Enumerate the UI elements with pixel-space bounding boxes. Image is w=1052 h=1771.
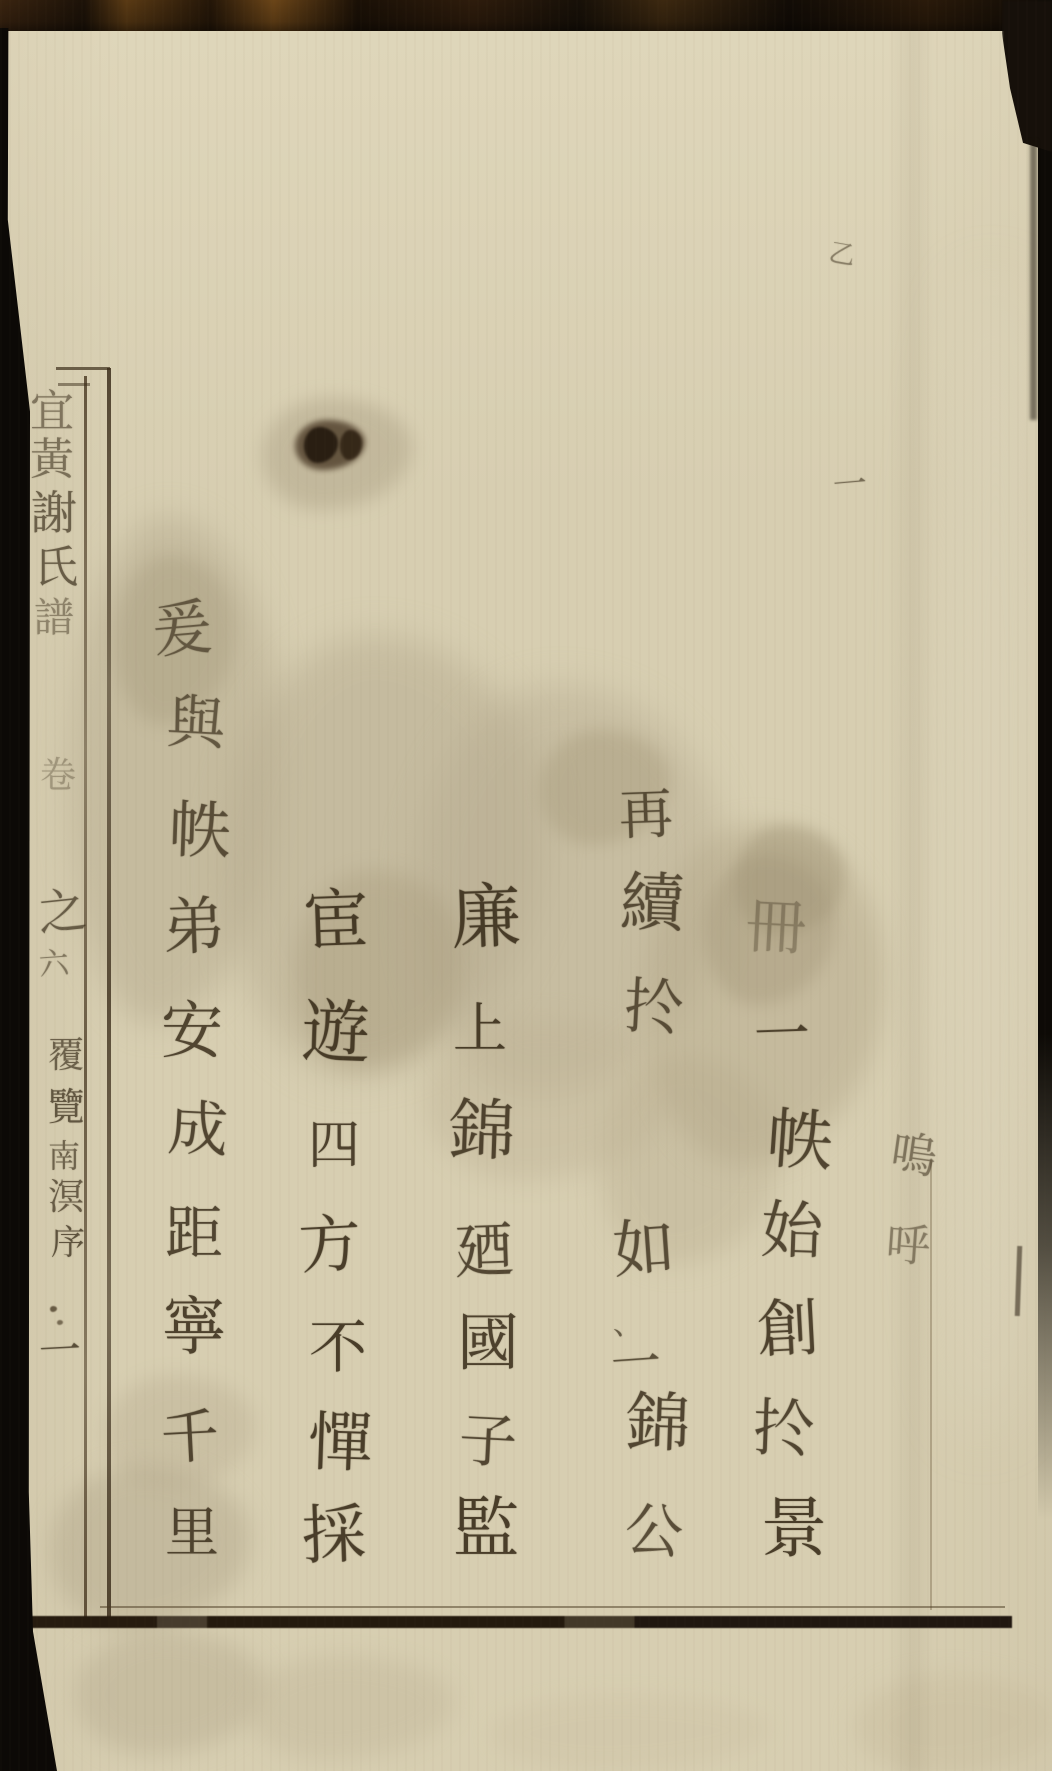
spine-annotation-glyph: 覽	[47, 1088, 85, 1126]
spine-title-glyph: 譜	[34, 598, 74, 638]
column-5-glyph: 寧	[162, 1296, 226, 1360]
spine-title-glyph: 宜	[30, 390, 74, 434]
column-3-glyph: 上	[453, 1002, 507, 1056]
column-1-glyph: 創	[755, 1296, 820, 1361]
column-5-glyph: 成	[166, 1098, 229, 1161]
column-1-glyph: 冊	[744, 896, 807, 959]
column-3-glyph: 國	[457, 1312, 519, 1374]
column-5-glyph: 千	[160, 1407, 221, 1468]
column-4-glyph: 不	[309, 1318, 367, 1376]
column-3-glyph: 子	[458, 1411, 519, 1472]
column-2-glyph: 續	[619, 871, 685, 937]
stray-dash-glyph: 一	[832, 467, 869, 504]
column-4-glyph: 宦	[302, 887, 370, 955]
column-3-glyph: 錦	[448, 1097, 516, 1165]
column-5-glyph: 弟	[162, 895, 226, 959]
column-5-glyph: 與	[166, 693, 227, 754]
spine-annotation-glyph: 溟	[48, 1180, 84, 1216]
column-2-glyph: 扵	[622, 976, 685, 1039]
column-5-glyph: 里	[165, 1506, 219, 1560]
stray-squiggle-glyph: 乙	[827, 240, 857, 270]
column-2-glyph: 如	[611, 1216, 677, 1282]
column-2-glyph: 公	[623, 1500, 686, 1563]
column-1-glyph: 帙	[765, 1106, 835, 1176]
scanned-page: 宜黃謝氏譜卷之六覆覽南溟序一冊一帙始創扵景再續扵如、一錦公廉上錦廼國子監宦遊四方…	[0, 0, 1052, 1771]
marginal-note-glyph: 嗚	[888, 1129, 940, 1181]
spine-volume-glyph: 六	[38, 949, 70, 981]
column-1-glyph: 景	[761, 1496, 827, 1562]
spine-title-glyph: 謝	[31, 490, 77, 536]
spine-annotation-glyph: 覆	[48, 1038, 84, 1074]
column-1-glyph: 一	[753, 1007, 811, 1065]
column-5-glyph: 安	[161, 1000, 223, 1062]
spine-title-glyph: 黃	[30, 438, 74, 482]
column-3-glyph: 監	[453, 1496, 519, 1562]
column-2-glyph: 一	[609, 1336, 662, 1389]
spine-title-glyph: 卷	[40, 758, 76, 794]
marginal-note-glyph: 呼	[885, 1223, 932, 1270]
spine-title-glyph: 氏	[34, 546, 78, 590]
spine-annotation-glyph: 序	[51, 1226, 85, 1260]
column-5-glyph: 帙	[168, 799, 232, 863]
column-1-glyph: 始	[760, 1199, 824, 1263]
column-4-glyph: 方	[297, 1212, 362, 1277]
column-4-glyph: 遊	[301, 999, 371, 1069]
column-4-glyph: 憚	[307, 1411, 373, 1477]
column-5-glyph: 爰	[149, 597, 214, 662]
glyph-layer: 宜黃謝氏譜卷之六覆覽南溟序一冊一帙始創扵景再續扵如、一錦公廉上錦廼國子監宦遊四方…	[0, 0, 1052, 1771]
column-3-glyph: 廼	[453, 1221, 515, 1283]
spine-volume-glyph: 之	[36, 886, 89, 939]
column-3-glyph: 廉	[450, 881, 522, 953]
column-2-glyph: 錦	[625, 1391, 691, 1457]
column-5-glyph: 距	[165, 1204, 223, 1262]
column-4-glyph: 採	[301, 1503, 367, 1569]
column-2-glyph: 再	[618, 787, 674, 843]
spine-page-number-glyph: 一	[38, 1329, 82, 1373]
column-1-glyph: 扵	[752, 1397, 816, 1461]
spine-annotation-glyph: 南	[48, 1140, 80, 1172]
column-4-glyph: 四	[308, 1120, 360, 1172]
